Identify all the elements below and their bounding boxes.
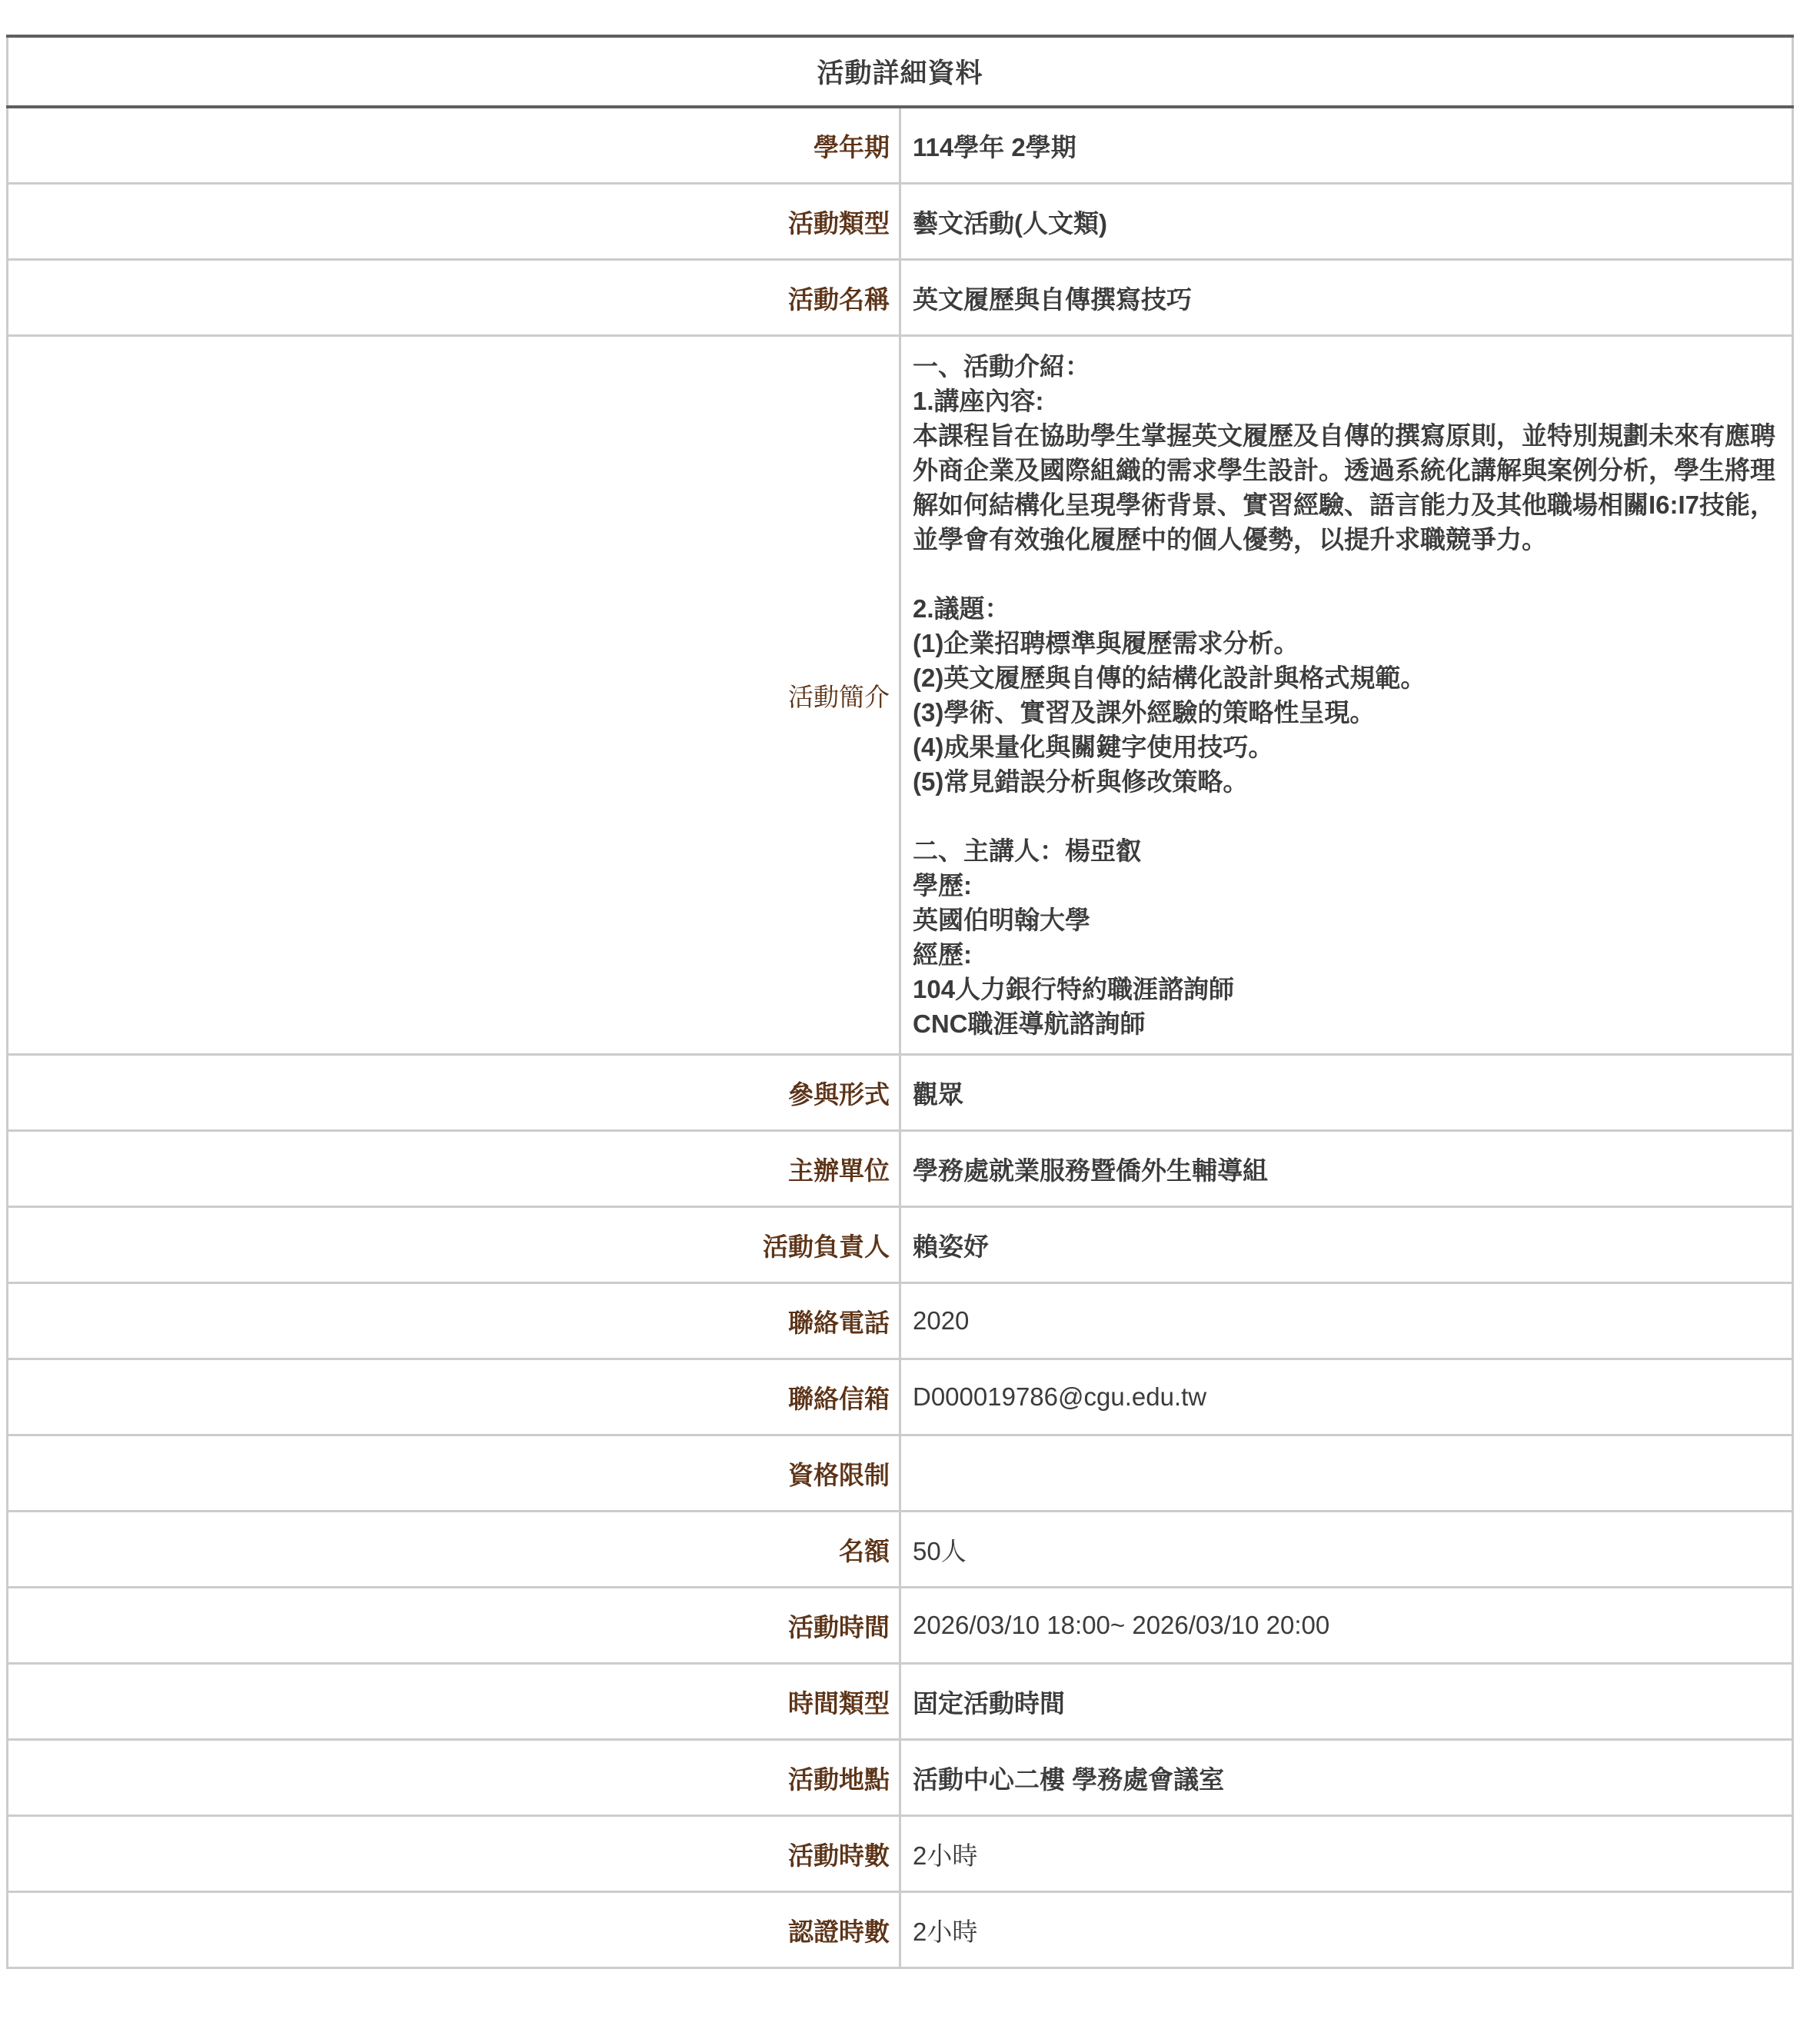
table-row-qualification-limit: 資格限制 — [8, 1435, 1793, 1512]
field-value-activity-hours: 2小時 — [900, 1816, 1793, 1892]
field-value-participation-type: 觀眾 — [900, 1055, 1793, 1131]
field-label-certified-hours: 認證時數 — [8, 1892, 900, 1968]
table-row-activity-name: 活動名稱英文履歷與自傳撰寫技巧 — [8, 260, 1793, 336]
field-label-participation-type: 參與形式 — [8, 1055, 900, 1131]
field-value-certified-hours: 2小時 — [900, 1892, 1793, 1968]
table-row-activity-place: 活動地點活動中心二樓 學務處會議室 — [8, 1740, 1793, 1816]
field-label-contact-email: 聯絡信箱 — [8, 1359, 900, 1435]
field-value-time-type: 固定活動時間 — [900, 1664, 1793, 1740]
field-label-activity-name: 活動名稱 — [8, 260, 900, 336]
details-table-body: 學年期114學年 2學期活動類型藝文活動(人文類)活動名稱英文履歷與自傳撰寫技巧… — [8, 107, 1793, 1968]
table-row-organizer: 主辦單位學務處就業服務暨僑外生輔導組 — [8, 1131, 1793, 1207]
field-label-activity-time: 活動時間 — [8, 1588, 900, 1664]
field-label-quota: 名額 — [8, 1512, 900, 1588]
field-label-contact-phone: 聯絡電話 — [8, 1283, 900, 1359]
field-label-activity-intro: 活動簡介 — [8, 336, 900, 1055]
field-value-qualification-limit — [900, 1435, 1793, 1512]
field-value-quota: 50人 — [900, 1512, 1793, 1588]
field-value-organizer: 學務處就業服務暨僑外生輔導組 — [900, 1131, 1793, 1207]
field-value-school-year-term: 114學年 2學期 — [900, 107, 1793, 184]
table-row-time-type: 時間類型固定活動時間 — [8, 1664, 1793, 1740]
field-label-organizer: 主辦單位 — [8, 1131, 900, 1207]
table-row-contact-email: 聯絡信箱D000019786@cgu.edu.tw — [8, 1359, 1793, 1435]
table-row-contact-phone: 聯絡電話2020 — [8, 1283, 1793, 1359]
field-value-activity-name: 英文履歷與自傳撰寫技巧 — [900, 260, 1793, 336]
table-row-school-year-term: 學年期114學年 2學期 — [8, 107, 1793, 184]
field-value-activity-time: 2026/03/10 18:00~ 2026/03/10 20:00 — [900, 1588, 1793, 1664]
field-value-contact-email: D000019786@cgu.edu.tw — [900, 1359, 1793, 1435]
field-value-activity-type: 藝文活動(人文類) — [900, 184, 1793, 260]
table-row-activity-manager: 活動負責人賴姿妤 — [8, 1207, 1793, 1283]
field-label-school-year-term: 學年期 — [8, 107, 900, 184]
field-label-activity-place: 活動地點 — [8, 1740, 900, 1816]
table-row-activity-intro: 活動簡介一、活動介紹： 1.講座內容: 本課程旨在協助學生掌握英文履歷及自傳的撰… — [8, 336, 1793, 1055]
table-row-quota: 名額50人 — [8, 1512, 1793, 1588]
field-label-activity-type: 活動類型 — [8, 184, 900, 260]
field-label-time-type: 時間類型 — [8, 1664, 900, 1740]
field-value-activity-place: 活動中心二樓 學務處會議室 — [900, 1740, 1793, 1816]
table-row-activity-hours: 活動時數2小時 — [8, 1816, 1793, 1892]
field-label-qualification-limit: 資格限制 — [8, 1435, 900, 1512]
activity-details-table: 活動詳細資料 學年期114學年 2學期活動類型藝文活動(人文類)活動名稱英文履歷… — [6, 35, 1794, 1969]
field-value-contact-phone: 2020 — [900, 1283, 1793, 1359]
table-row-participation-type: 參與形式觀眾 — [8, 1055, 1793, 1131]
field-label-activity-manager: 活動負責人 — [8, 1207, 900, 1283]
table-row-activity-time: 活動時間2026/03/10 18:00~ 2026/03/10 20:00 — [8, 1588, 1793, 1664]
page-title: 活動詳細資料 — [8, 36, 1793, 107]
field-value-activity-manager: 賴姿妤 — [900, 1207, 1793, 1283]
field-value-activity-intro: 一、活動介紹： 1.講座內容: 本課程旨在協助學生掌握英文履歷及自傳的撰寫原則，… — [900, 336, 1793, 1055]
table-row-certified-hours: 認證時數2小時 — [8, 1892, 1793, 1968]
field-label-activity-hours: 活動時數 — [8, 1816, 900, 1892]
table-header-row: 活動詳細資料 — [8, 36, 1793, 107]
table-row-activity-type: 活動類型藝文活動(人文類) — [8, 184, 1793, 260]
